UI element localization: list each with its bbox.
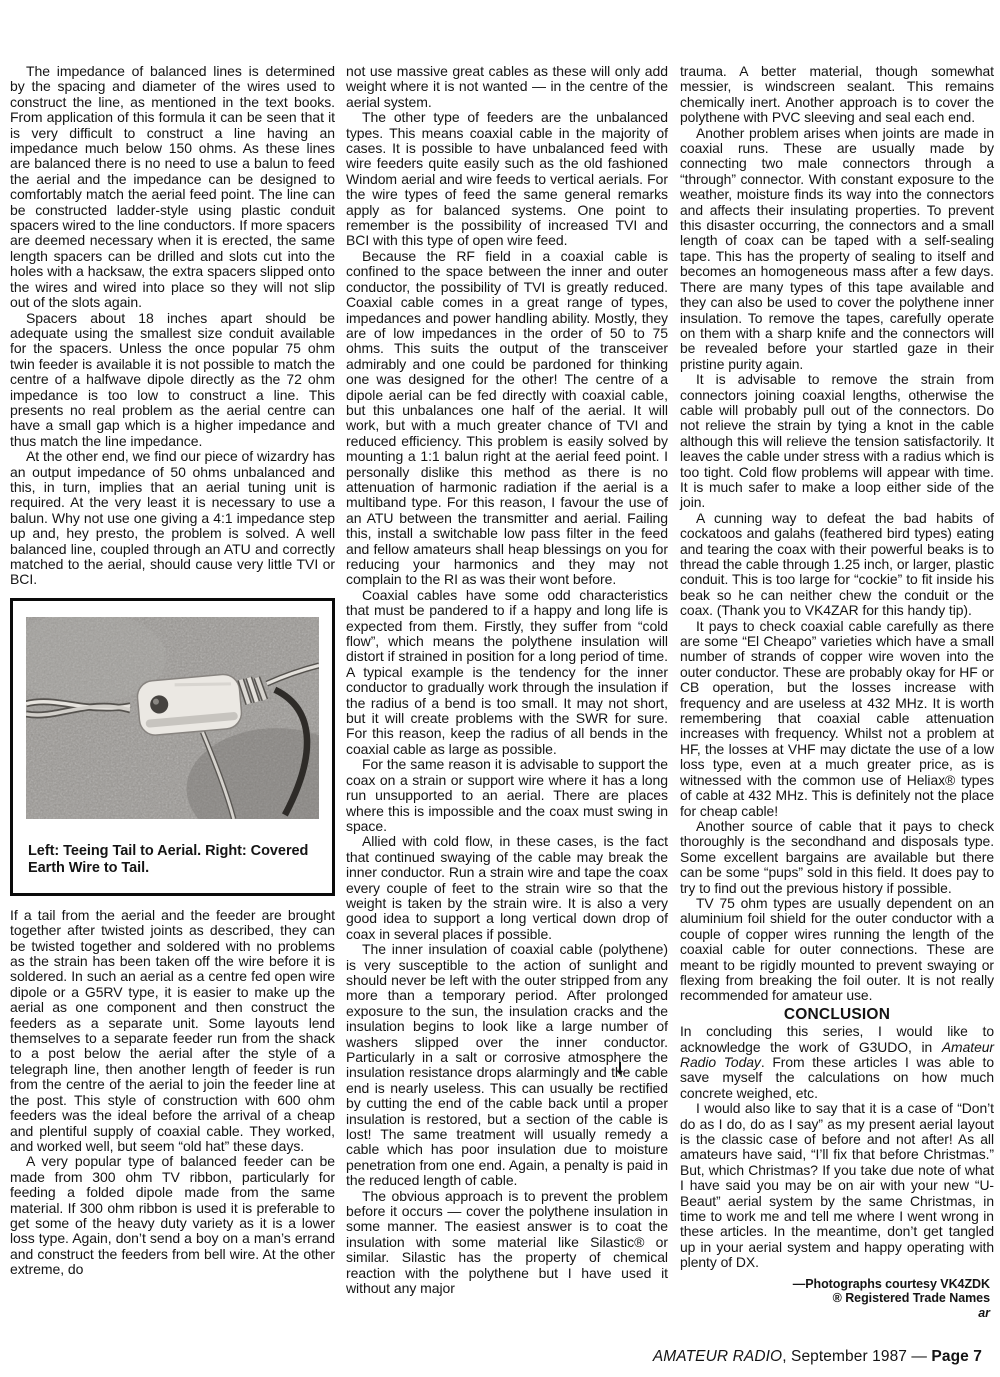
paragraph: A very popular type of balanced feeder c… bbox=[10, 1154, 335, 1277]
paragraph: At the other end, we find our piece of w… bbox=[10, 449, 335, 588]
paragraph: In concluding this series, I would like … bbox=[680, 1024, 994, 1101]
paragraph: Because the RF field in a coaxial cable … bbox=[346, 249, 668, 588]
paragraph: The obvious approach is to prevent the p… bbox=[346, 1189, 668, 1297]
paragraph: I would also like to say that it is a ca… bbox=[680, 1101, 994, 1270]
paragraph: If a tail from the aerial and the feeder… bbox=[10, 908, 335, 1155]
paragraph: A cunning way to defeat the bad habits o… bbox=[680, 511, 994, 619]
paragraph: The other type of feeders are the unbala… bbox=[346, 110, 668, 249]
paragraph: It is advisable to remove the strain fro… bbox=[680, 372, 994, 511]
photo-caption: Left: Teeing Tail to Aerial. Right: Cove… bbox=[28, 843, 317, 877]
paragraph: It pays to check coaxial cable carefully… bbox=[680, 619, 994, 819]
column-right: trauma. A better material, though somewh… bbox=[680, 64, 994, 1320]
paragraph: Coaxial cables have some odd characteris… bbox=[346, 588, 668, 757]
paragraph: Allied with cold flow, in these cases, i… bbox=[346, 834, 668, 942]
photo-image bbox=[26, 617, 319, 819]
trademark-note: ® Registered Trade Names bbox=[680, 1291, 990, 1306]
paragraph: For the same reason it is advisable to s… bbox=[346, 757, 668, 834]
photo-frame: Left: Teeing Tail to Aerial. Right: Cove… bbox=[10, 598, 335, 896]
issue-date: , September 1987 — bbox=[782, 1348, 931, 1365]
photo-credit: —Photographs courtesy VK4ZDK bbox=[680, 1277, 990, 1292]
paragraph: The impedance of balanced lines is deter… bbox=[10, 64, 335, 311]
scan-artifact-mark bbox=[619, 1062, 621, 1073]
conclusion-heading: CONCLUSION bbox=[680, 1007, 994, 1022]
paragraph: TV 75 ohm types are usually dependent on… bbox=[680, 896, 994, 1004]
paragraph: Another source of cable that it pays to … bbox=[680, 819, 994, 896]
column-left: The impedance of balanced lines is deter… bbox=[10, 64, 335, 1278]
credits-block: —Photographs courtesy VK4ZDK ® Registere… bbox=[680, 1277, 994, 1321]
wire-wrap-coil bbox=[241, 677, 265, 703]
paragraph: not use massive great cables as these wi… bbox=[346, 64, 668, 110]
page-footer: AMATEUR RADIO, September 1987 — Page 7 bbox=[653, 1348, 982, 1366]
paragraph: Spacers about 18 inches apart should be … bbox=[10, 311, 335, 450]
insulator-block bbox=[136, 673, 243, 736]
page-number: Page 7 bbox=[931, 1348, 982, 1365]
article-signoff: ar bbox=[680, 1306, 990, 1321]
paragraph: trauma. A better material, though somewh… bbox=[680, 64, 994, 126]
paragraph: Another problem arises when joints are m… bbox=[680, 126, 994, 373]
magazine-page: The impedance of balanced lines is deter… bbox=[0, 0, 1000, 1377]
magazine-name: AMATEUR RADIO bbox=[653, 1348, 782, 1365]
column-middle: not use massive great cables as these wi… bbox=[346, 64, 668, 1297]
